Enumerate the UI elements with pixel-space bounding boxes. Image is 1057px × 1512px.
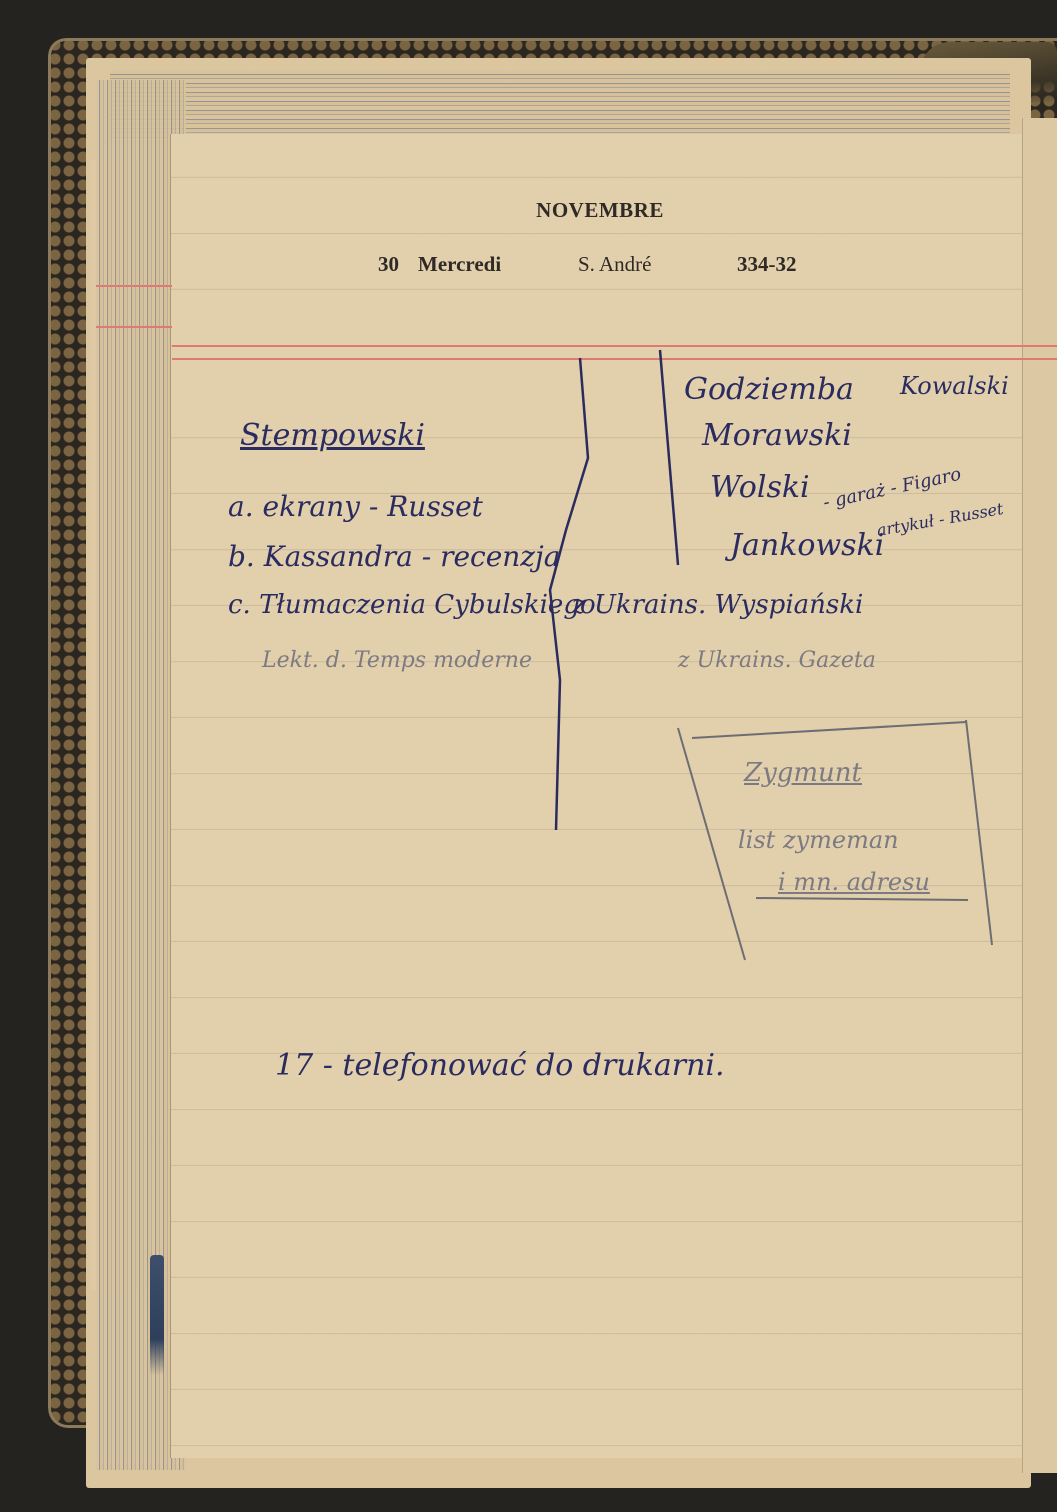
ink-divider-left bbox=[550, 358, 588, 830]
ink-divider-right bbox=[660, 350, 678, 565]
hand-drawn-dividers bbox=[0, 0, 1057, 1512]
pencil-box-outline bbox=[678, 720, 992, 960]
